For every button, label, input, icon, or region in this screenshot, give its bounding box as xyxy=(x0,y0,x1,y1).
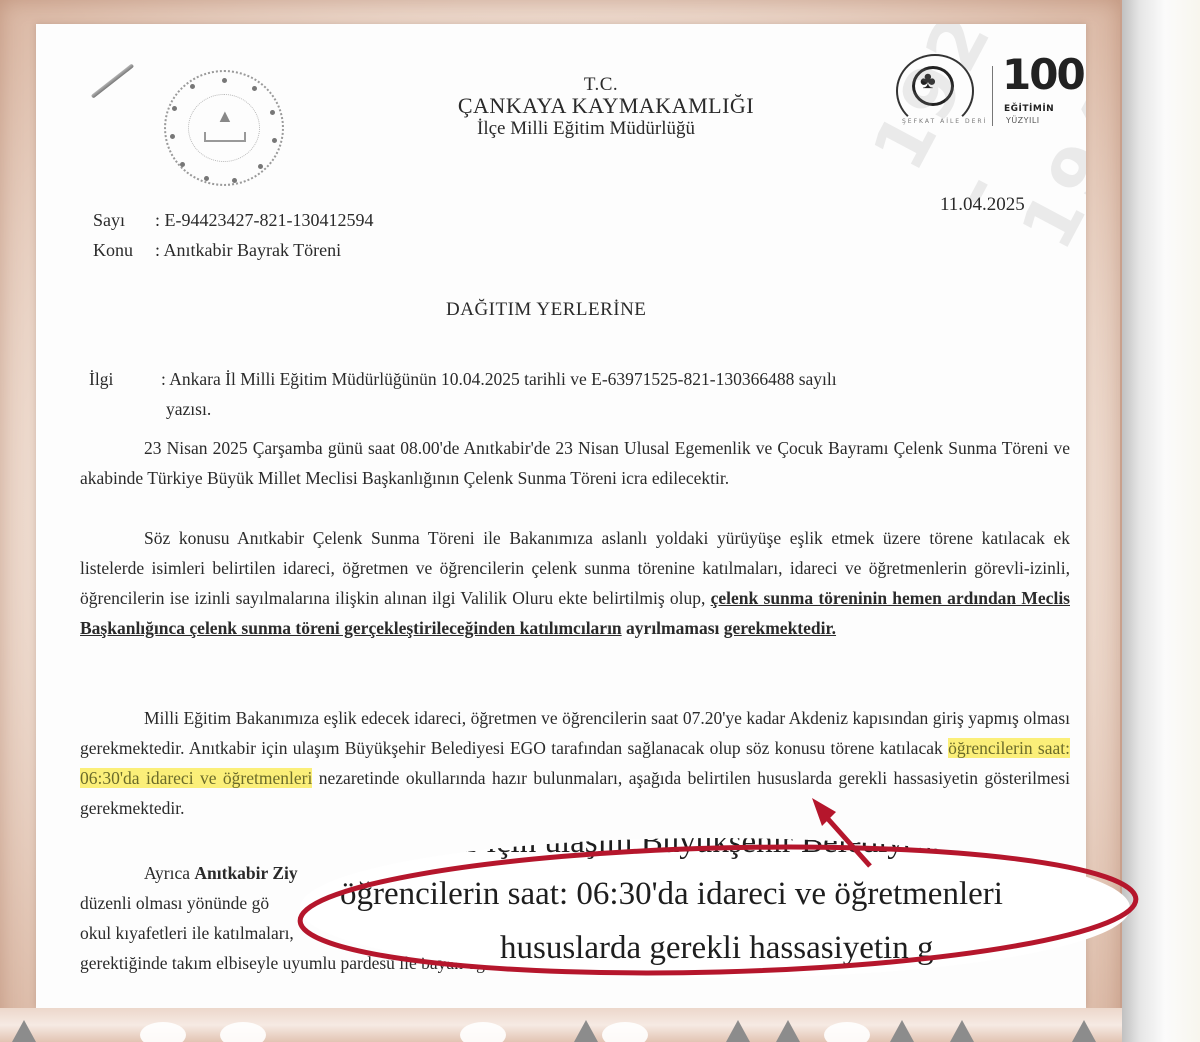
distribution-title: DAĞITIM YERLERİNE xyxy=(446,299,646,321)
sayi-label: Sayı xyxy=(93,210,155,231)
callout-line1: Anıtkabir için ulaşım Büyükşehir Belediy… xyxy=(352,838,969,861)
meta-konu: Konu: Anıtkabir Bayrak Töreni xyxy=(93,240,341,261)
header-department: İlçe Milli Eğitim Müdürlüğü xyxy=(416,118,756,140)
paragraph-2: Söz konusu Anıtkabir Çelenk Sunma Töreni… xyxy=(80,523,1070,643)
paragraph-3: Milli Eğitim Bakanımıza eşlik edecek ida… xyxy=(80,703,1070,823)
ilgi-reference: İlgi : Ankara İl Milli Eğitim Müdürlüğün… xyxy=(89,364,1069,424)
paragraph-4-bold: Anıtkabir Ziy xyxy=(194,863,297,883)
header-organization: ÇANKAYA KAYMAKAMLIĞI xyxy=(416,93,796,119)
magnified-callout: Anıtkabir için ulaşım Büyükşehir Belediy… xyxy=(300,838,1130,978)
paragraph-4-start: Ayrıca xyxy=(144,863,194,883)
konu-value: : Anıtkabir Bayrak Töreni xyxy=(155,240,341,260)
paragraph-1: 23 Nisan 2025 Çarşamba günü saat 08.00'd… xyxy=(80,433,1070,493)
callout-line3: hususlarda gerekli hassasiyetin g xyxy=(500,930,933,967)
konu-label: Konu xyxy=(93,240,155,261)
paragraph-1-text: 23 Nisan 2025 Çarşamba günü saat 08.00'd… xyxy=(80,438,1070,488)
watermark-stamp: 1923 - 1943 xyxy=(856,24,1086,262)
paragraph-2-middle: ayrılmaması xyxy=(622,618,724,638)
sayi-value: : E-94423427-821-130412594 xyxy=(155,210,373,230)
outer-background xyxy=(1120,0,1200,1042)
underlined-end: gerekmektedir. xyxy=(724,618,836,638)
meta-sayi: Sayı: E-94423427-821-130412594 xyxy=(93,210,373,231)
ministry-seal-icon: ▲ xyxy=(164,70,284,186)
pencil-mark xyxy=(91,63,134,98)
callout-line2: öğrencilerin saat: 06:30'da idareci ve ö… xyxy=(340,876,1003,913)
frame-bottom-decoration xyxy=(0,1008,1122,1042)
ilgi-line1: : Ankara İl Milli Eğitim Müdürlüğünün 10… xyxy=(89,364,1069,394)
ilgi-line2: yazısı. xyxy=(89,394,1069,424)
document-date: 11.04.2025 xyxy=(940,194,1025,216)
paragraph-3-text: Milli Eğitim Bakanımıza eşlik edecek ida… xyxy=(80,708,1070,758)
ilgi-label: İlgi xyxy=(89,364,149,394)
